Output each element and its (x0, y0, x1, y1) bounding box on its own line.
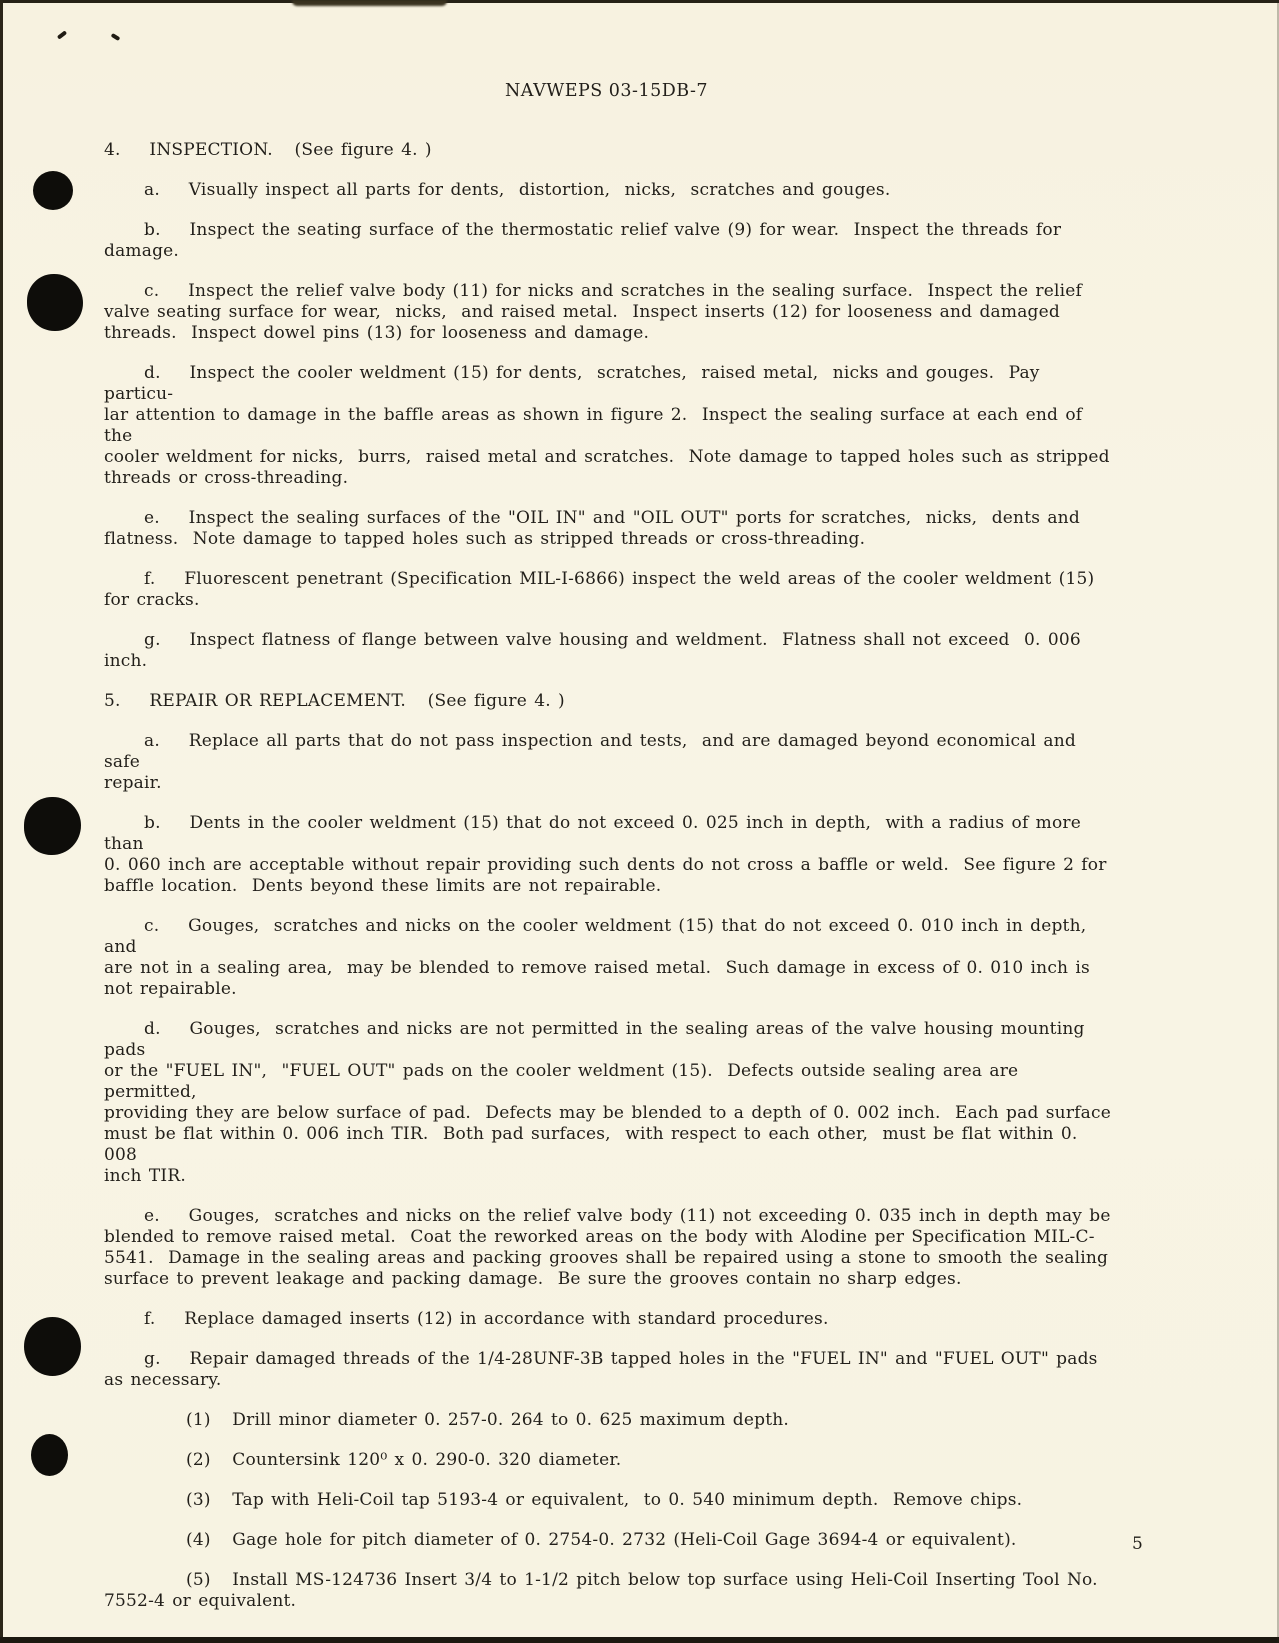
paragraph-4a: a. Visually inspect all parts for dents,… (104, 180, 1116, 201)
paragraph-5g-step-3: (3) Tap with Heli-Coil tap 5193-4 or equ… (104, 1490, 1116, 1511)
scan-edge-left (0, 0, 3, 1643)
ink-speck (111, 33, 121, 41)
paragraph-4c: c. Inspect the relief valve body (11) fo… (104, 281, 1116, 344)
punch-hole (24, 1317, 81, 1376)
paragraph-4f: f. Fluorescent penetrant (Specification … (104, 569, 1116, 611)
section-heading-5-repair: 5. REPAIR OR REPLACEMENT. (See figure 4.… (104, 691, 1116, 712)
scan-edge-bottom (0, 1637, 1279, 1643)
punch-hole (24, 797, 81, 855)
section-heading-4-inspection: 4. INSPECTION. (See figure 4. ) (104, 140, 1116, 161)
paragraph-5g-step-2: (2) Countersink 120⁰ x 0. 290-0. 320 dia… (104, 1450, 1116, 1471)
page-number: 5 (1132, 1534, 1143, 1554)
paragraph-5g-step-1: (1) Drill minor diameter 0. 257-0. 264 t… (104, 1410, 1116, 1431)
scan-edge-top-blob (292, 0, 447, 6)
paragraph-5g: g. Repair damaged threads of the 1/4-28U… (104, 1349, 1116, 1391)
paragraph-4g: g. Inspect flatness of flange between va… (104, 630, 1116, 672)
paragraph-5d: d. Gouges, scratches and nicks are not p… (104, 1019, 1116, 1187)
paragraph-5b: b. Dents in the cooler weldment (15) tha… (104, 813, 1116, 897)
scanned-manual-page: NAVWEPS 03-15DB-7 4. INSPECTION. (See fi… (0, 0, 1279, 1643)
document-body: 4. INSPECTION. (See figure 4. ) a. Visua… (104, 140, 1116, 1631)
punch-hole (31, 1434, 68, 1476)
paragraph-4e: e. Inspect the sealing surfaces of the "… (104, 508, 1116, 550)
ink-speck (57, 30, 67, 39)
punch-hole (27, 274, 83, 331)
punch-hole (33, 171, 73, 210)
paragraph-5g-step-5: (5) Install MS-124736 Insert 3/4 to 1-1/… (104, 1570, 1116, 1612)
paragraph-4d: d. Inspect the cooler weldment (15) for … (104, 363, 1116, 489)
paragraph-4b: b. Inspect the seating surface of the th… (104, 220, 1116, 262)
paragraph-5c: c. Gouges, scratches and nicks on the co… (104, 916, 1116, 1000)
paragraph-5e: e. Gouges, scratches and nicks on the re… (104, 1206, 1116, 1290)
paragraph-5f: f. Replace damaged inserts (12) in accor… (104, 1309, 1116, 1330)
document-header: NAVWEPS 03-15DB-7 (104, 81, 1109, 101)
paragraph-5a: a. Replace all parts that do not pass in… (104, 731, 1116, 794)
paragraph-5g-step-4: (4) Gage hole for pitch diameter of 0. 2… (104, 1530, 1116, 1551)
scan-edge-top (0, 0, 1279, 3)
